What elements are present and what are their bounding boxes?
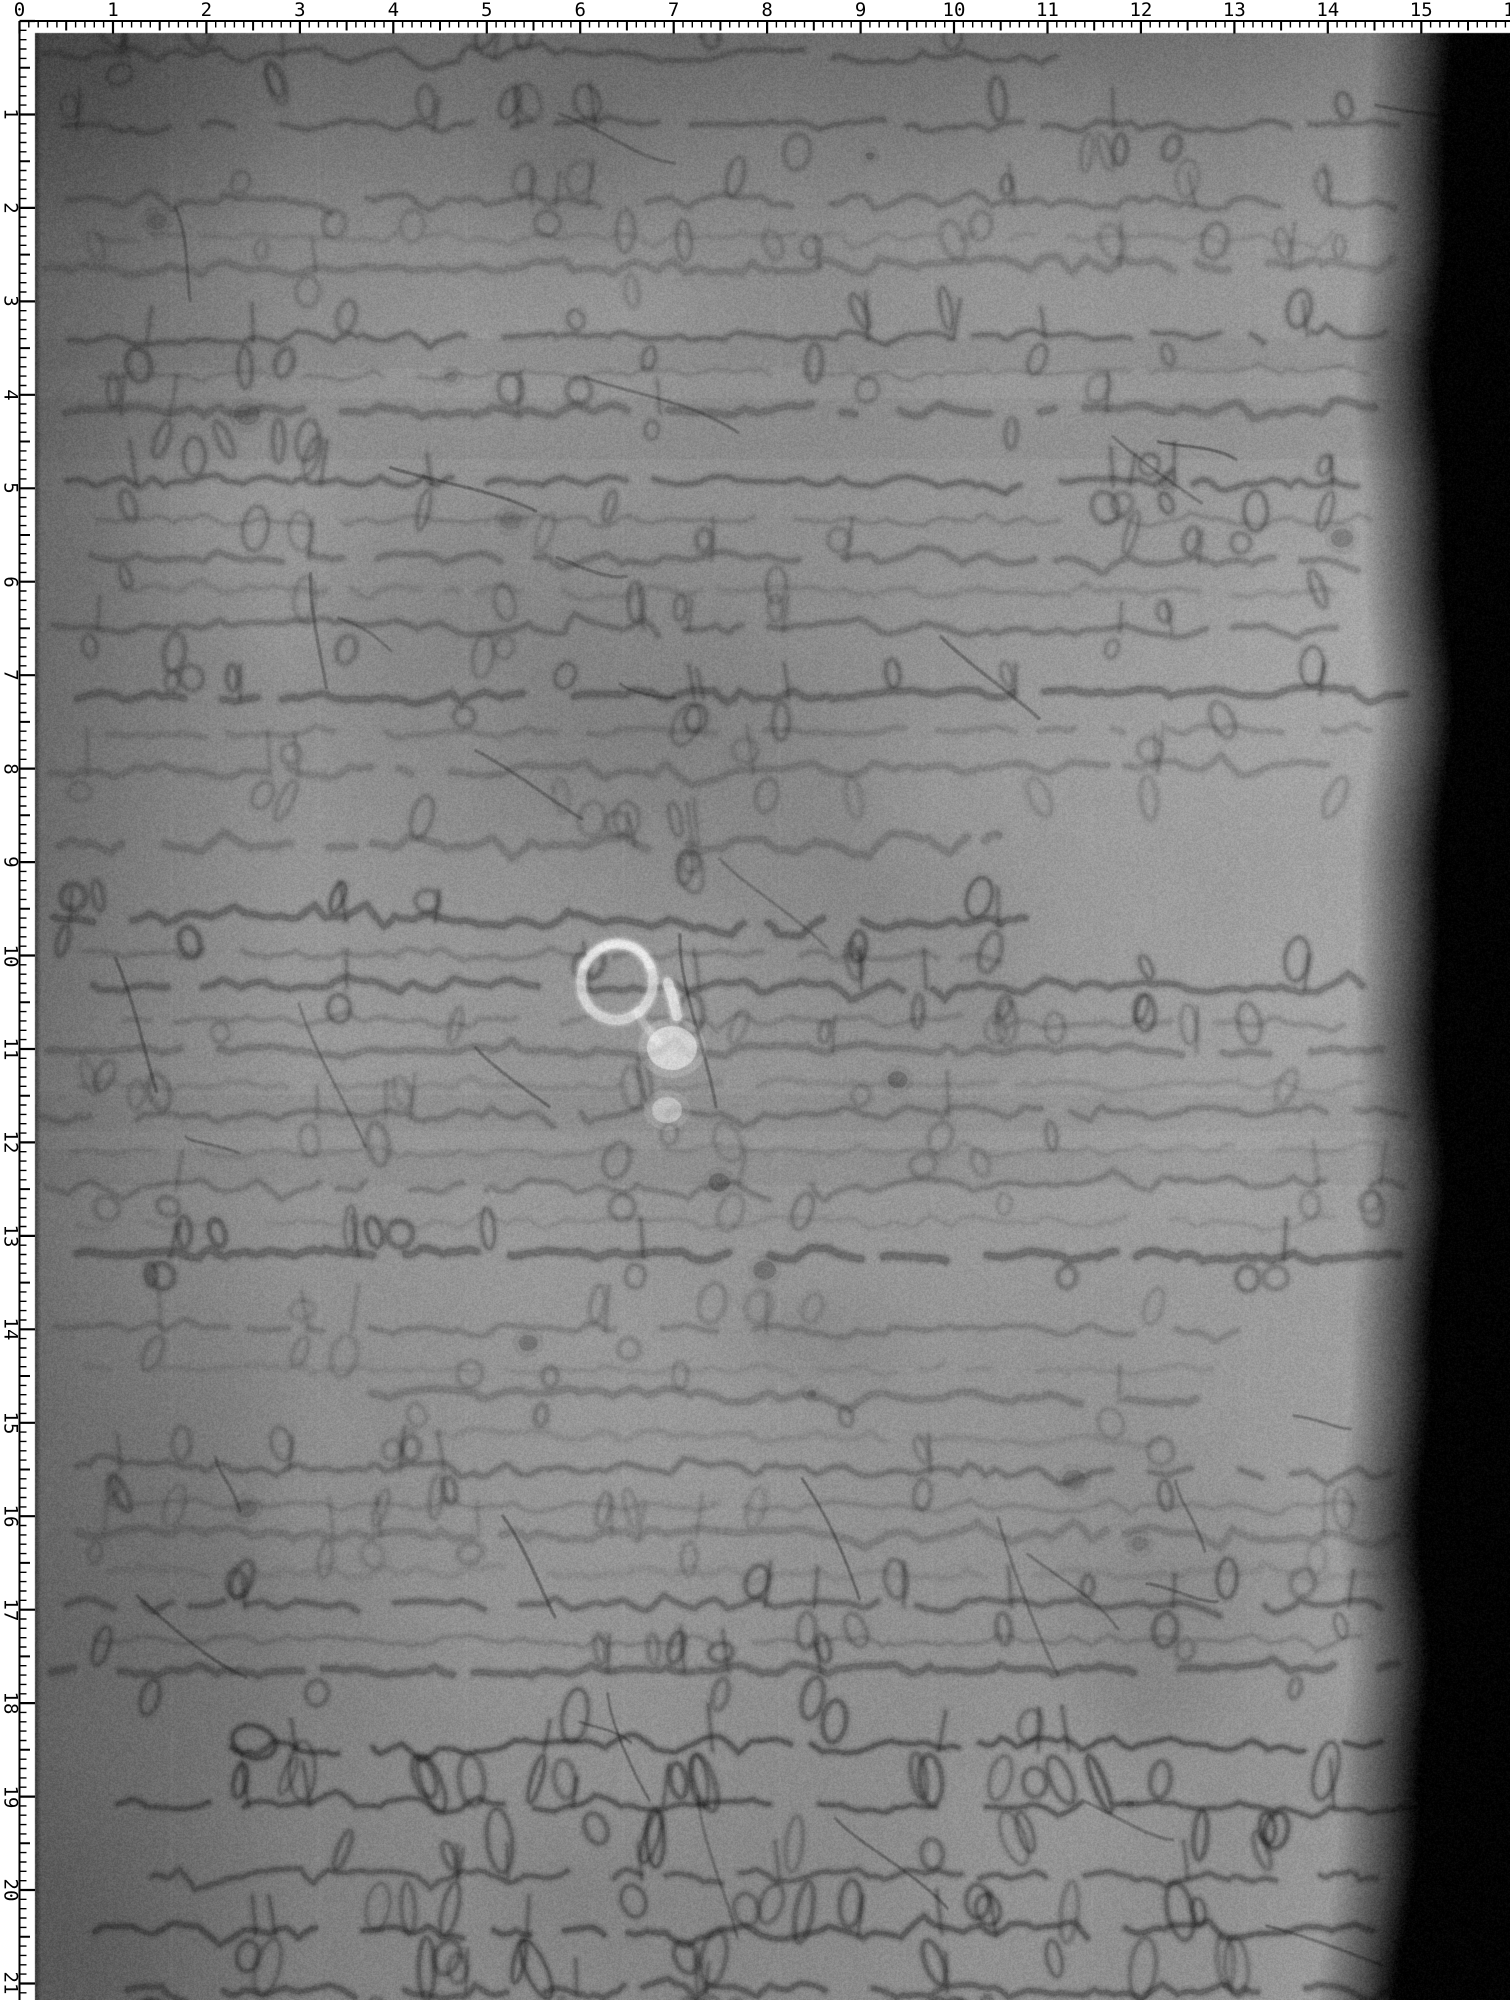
left-ruler-label: 18 — [1, 1692, 20, 1715]
top-ruler-label: 3 — [294, 1, 305, 20]
left-ruler-label: 1 — [1, 109, 20, 120]
left-ruler-label: 10 — [1, 944, 20, 967]
top-ruler-label: 12 — [1129, 1, 1152, 20]
top-ruler-label: 2 — [201, 1, 212, 20]
left-ruler-label: 4 — [1, 389, 20, 400]
left-ruler-label: 14 — [1, 1318, 20, 1341]
top-ruler-label: 8 — [761, 1, 772, 20]
top-ruler-label: 6 — [574, 1, 585, 20]
left-ruler-label: 3 — [1, 296, 20, 307]
left-ruler-label: 2 — [1, 202, 20, 213]
top-ruler-label: 14 — [1316, 1, 1339, 20]
top-ruler-label: 1 — [107, 1, 118, 20]
left-ruler-label: 7 — [1, 669, 20, 680]
top-ruler-label: 10 — [943, 1, 966, 20]
top-ruler-label: 16 — [1503, 1, 1510, 20]
left-ruler-label: 12 — [1, 1131, 20, 1154]
top-ruler-label: 9 — [855, 1, 866, 20]
left-ruler-label: 16 — [1, 1505, 20, 1528]
top-ruler-label: 15 — [1410, 1, 1433, 20]
manuscript-radiograph: 012345678910111213141516 123456789101112… — [0, 0, 1510, 2000]
left-ruler-label: 9 — [1, 856, 20, 867]
top-ruler-label: 7 — [668, 1, 679, 20]
left-ruler-label: 20 — [1, 1879, 20, 1902]
left-ruler-label: 15 — [1, 1411, 20, 1434]
left-ruler-label: 17 — [1, 1598, 20, 1621]
top-ruler-label: 13 — [1223, 1, 1246, 20]
manuscript-photo — [0, 0, 1510, 2000]
left-ruler-label: 6 — [1, 576, 20, 587]
left-ruler-label: 19 — [1, 1785, 20, 1808]
top-ruler-label: 11 — [1036, 1, 1059, 20]
left-ruler-label: 11 — [1, 1037, 20, 1060]
left-ruler-label: 21 — [1, 1972, 20, 1995]
top-ruler-label: 5 — [481, 1, 492, 20]
top-ruler-label: 0 — [14, 1, 25, 20]
top-ruler-label: 4 — [388, 1, 399, 20]
left-ruler-label: 5 — [1, 483, 20, 494]
left-ruler-label: 13 — [1, 1224, 20, 1247]
left-ruler-label: 8 — [1, 763, 20, 774]
